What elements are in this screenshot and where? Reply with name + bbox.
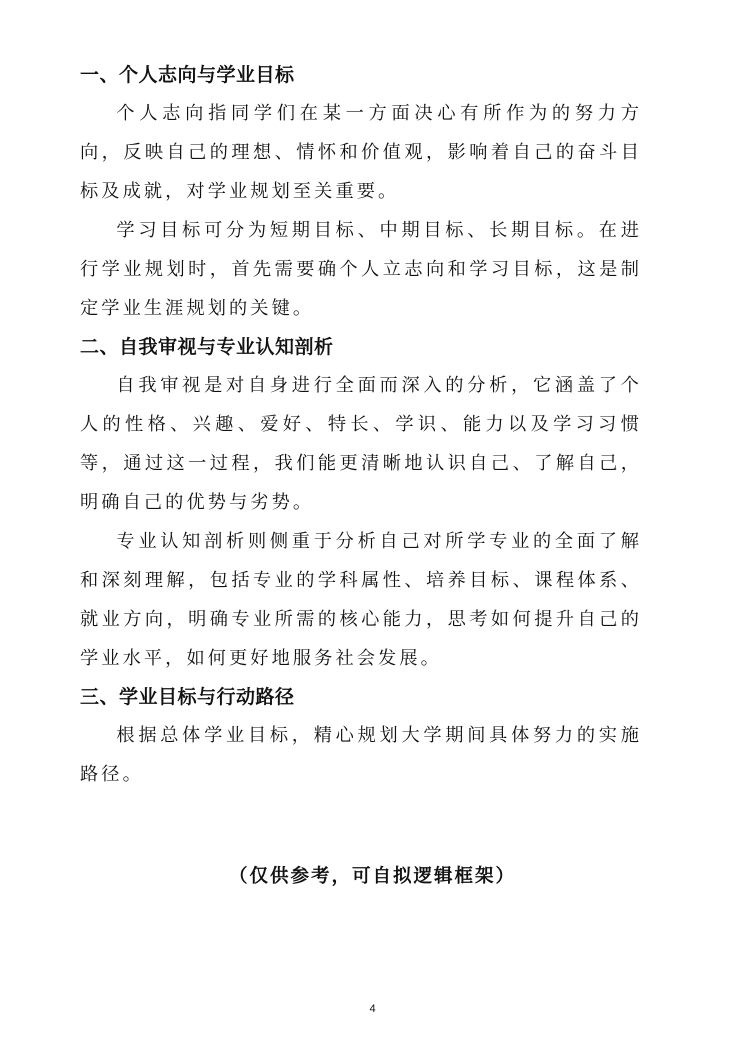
- section-3-paragraph-1: 根据总体学业目标，精心规划大学期间具体努力的实施路径。: [80, 716, 642, 794]
- section-2-paragraph-2: 专业认知剖析则侧重于分析自己对所学专业的全面了解和深刻理解，包括专业的学科属性、…: [80, 522, 642, 678]
- section-1-paragraph-1: 个人志向指同学们在某一方面决心有所作为的努力方向，反映自己的理想、情怀和价值观，…: [80, 94, 642, 211]
- page-number: 4: [0, 1003, 745, 1015]
- reference-note: （仅供参考，可自拟逻辑框架）: [0, 862, 745, 888]
- section-heading-3: 三、学业目标与行动路径: [80, 678, 642, 716]
- section-1-paragraph-2: 学习目标可分为短期目标、中期目标、长期目标。在进行学业规划时，首先需要确个人立志…: [80, 211, 642, 328]
- document-body: 一、个人志向与学业目标 个人志向指同学们在某一方面决心有所作为的努力方向，反映自…: [80, 56, 642, 794]
- section-2-paragraph-1: 自我审视是对自身进行全面而深入的分析，它涵盖了个人的性格、兴趣、爱好、特长、学识…: [80, 366, 642, 522]
- section-heading-2: 二、自我审视与专业认知剖析: [80, 328, 642, 366]
- section-heading-1: 一、个人志向与学业目标: [80, 56, 642, 94]
